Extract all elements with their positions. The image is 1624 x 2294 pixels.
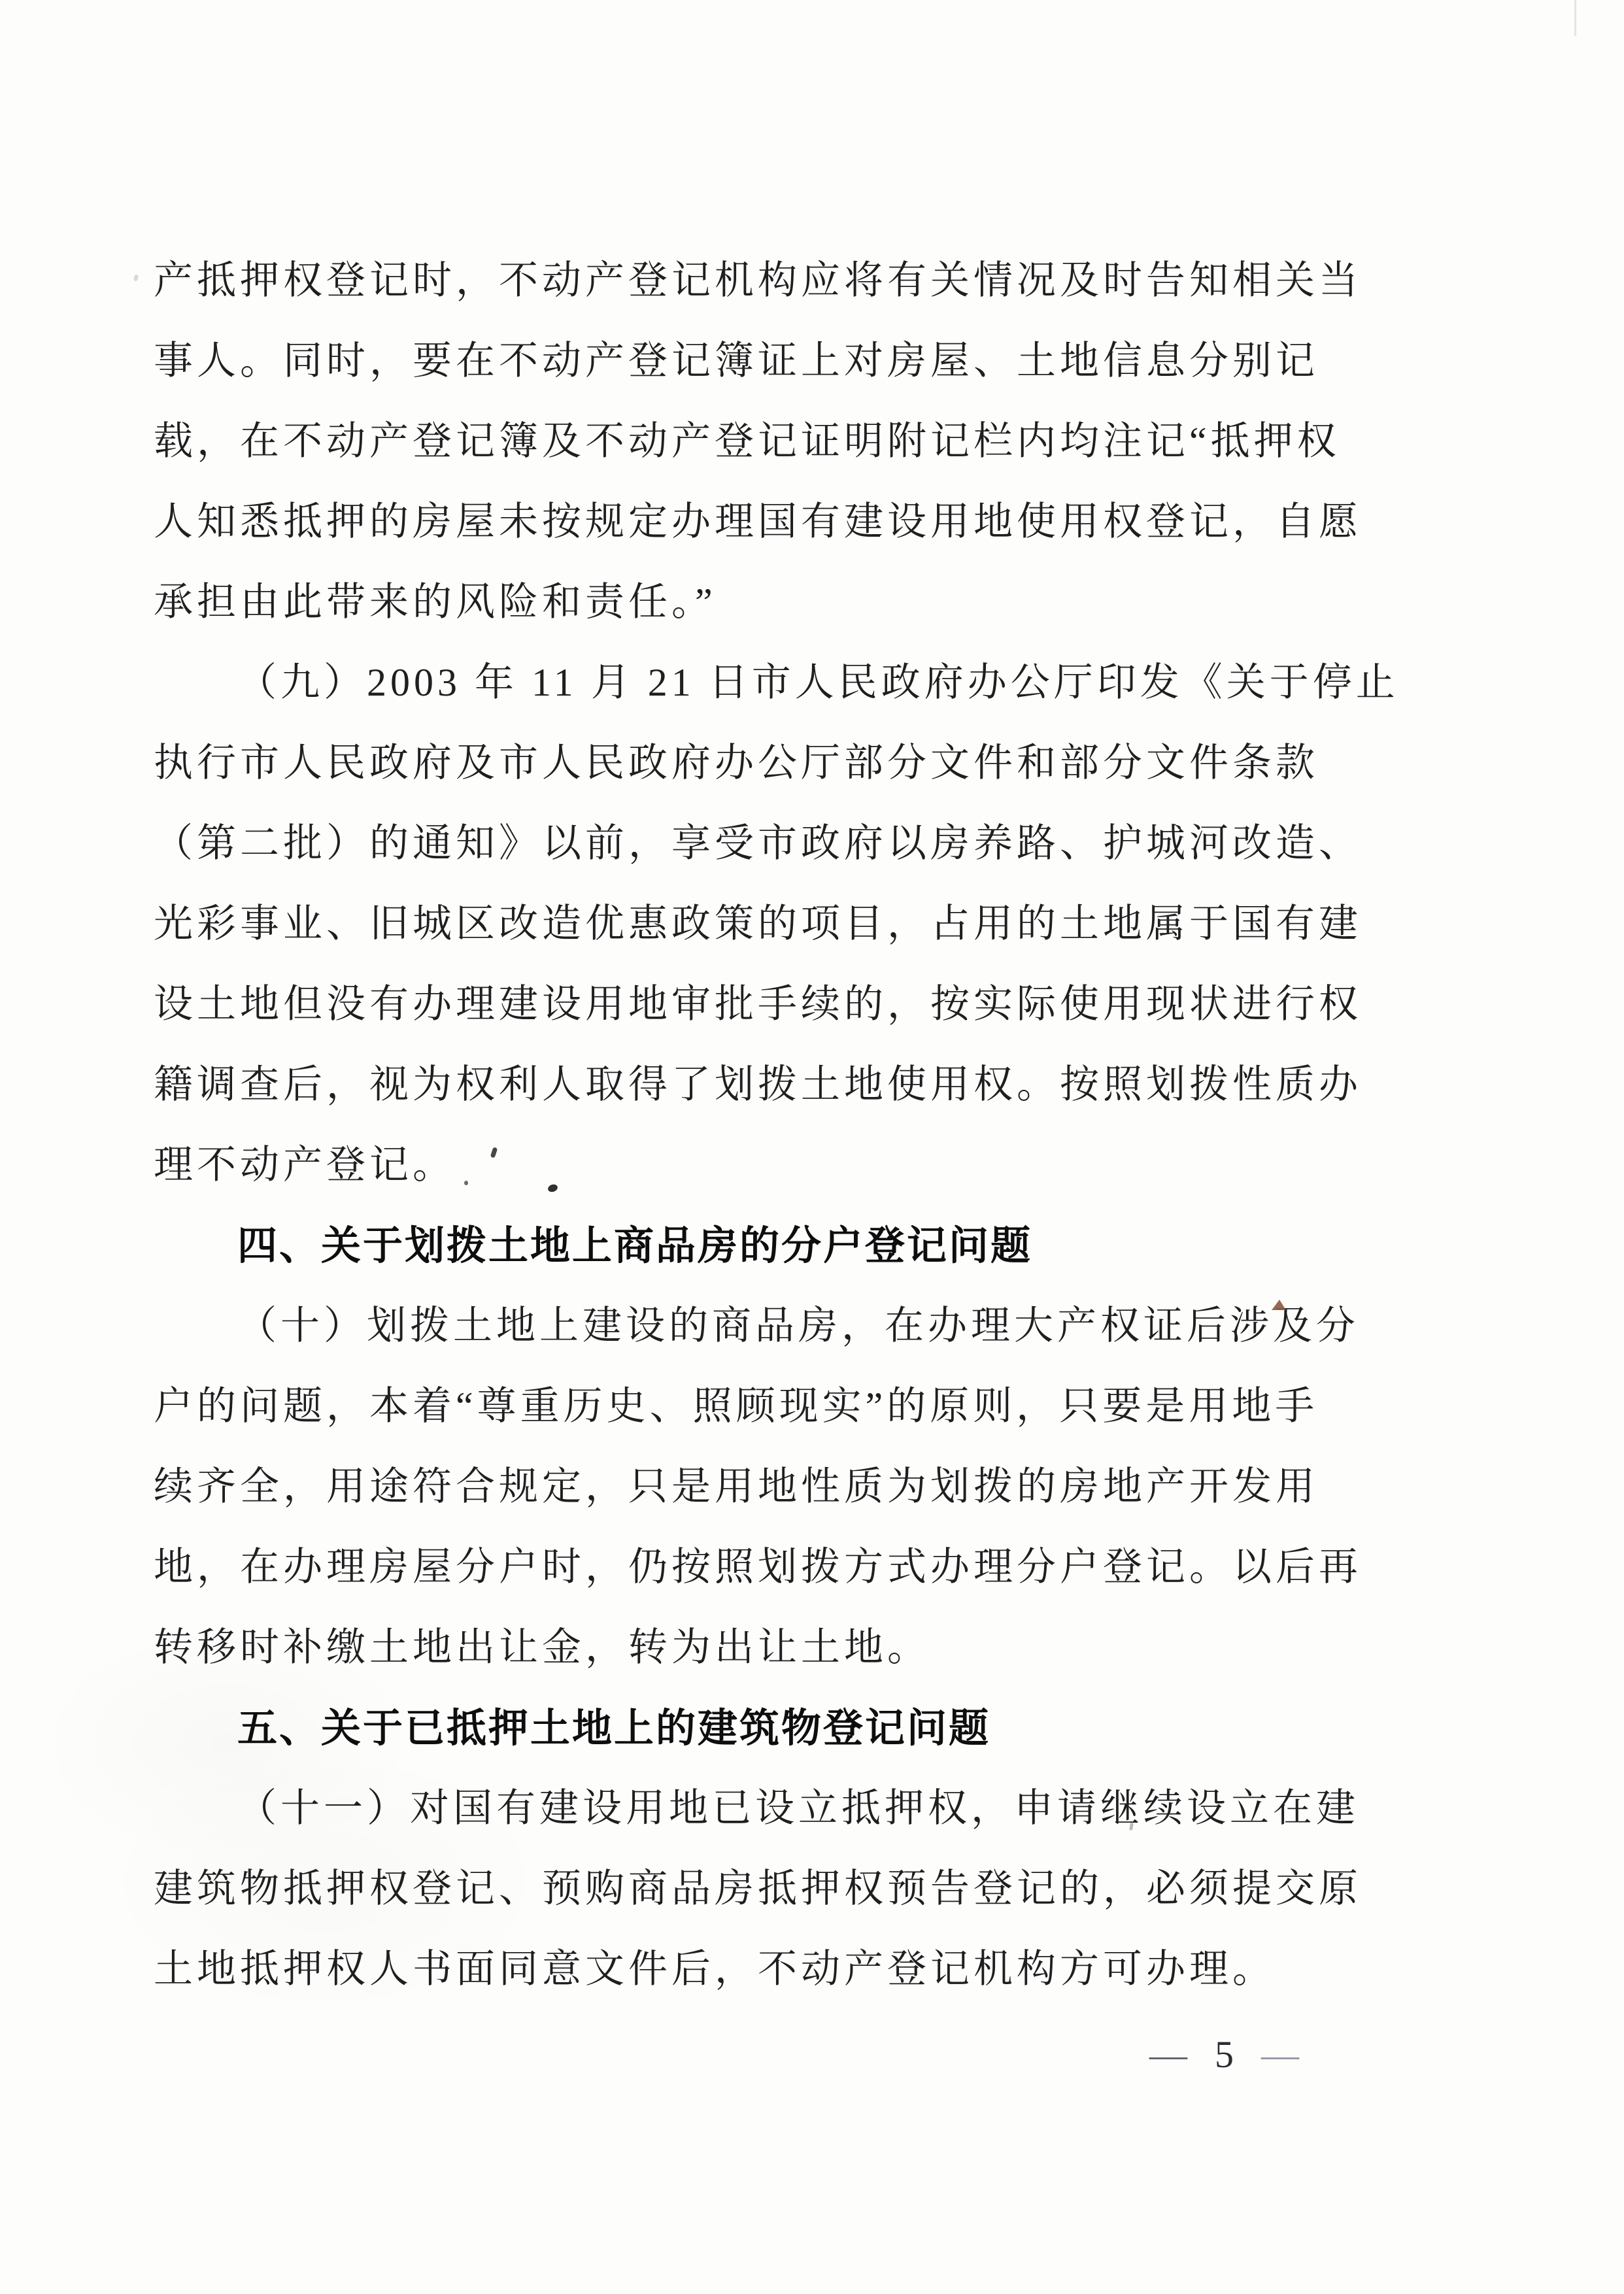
footer-dash-left: — (1149, 2033, 1187, 2076)
scanned-document-page: 产抵押权登记时，不动产登记机构应将有关情况及时告知相关当事人。同时，要在不动产登… (0, 0, 1624, 2294)
text-line: （十一）对国有建设用地已设立抵押权，申请继续设立在建 (154, 1768, 1370, 1849)
text-line: 户的问题，本着“尊重历史、照顾现实”的原则，只要是用地手 (154, 1366, 1370, 1447)
text-line: 事人。同时，要在不动产登记簿证上对房屋、土地信息分别记 (154, 321, 1370, 401)
text-line: 光彩事业、旧城区改造优惠政策的项目，占用的土地属于国有建 (154, 884, 1370, 964)
text-line: 载，在不动产登记簿及不动产登记证明附记栏内均注记“抵押权 (154, 401, 1370, 482)
text-line: 地，在办理房屋分户时，仍按照划拨方式办理分户登记。以后再 (154, 1527, 1370, 1608)
text-line: 转移时补缴土地出让金，转为出让土地。 (154, 1608, 1370, 1688)
scan-edge-artifact (1574, 0, 1576, 36)
text-line: （十）划拨土地上建设的商品房，在办理大产权证后涉及分 (154, 1286, 1370, 1366)
footer-dash-right: — (1261, 2033, 1299, 2076)
section-heading: 四、关于划拨土地上商品房的分户登记问题 (154, 1206, 1370, 1286)
text-line: 人知悉抵押的房屋未按规定办理国有建设用地使用权登记，自愿 (154, 482, 1370, 562)
text-line: 续齐全，用途符合规定，只是用地性质为划拨的房地产开发用 (154, 1447, 1370, 1527)
page-number: 5 (1215, 2033, 1234, 2076)
section-heading: 五、关于已抵押土地上的建筑物登记问题 (154, 1688, 1370, 1768)
document-body: 产抵押权登记时，不动产登记机构应将有关情况及时告知相关当事人。同时，要在不动产登… (154, 241, 1370, 2010)
text-line: 产抵押权登记时，不动产登记机构应将有关情况及时告知相关当 (154, 241, 1370, 321)
text-line: （九）2003 年 11 月 21 日市人民政府办公厅印发《关于停止 (154, 643, 1370, 723)
text-line: 执行市人民政府及市人民政府办公厅部分文件和部分文件条款 (154, 723, 1370, 803)
text-line: 籍调查后，视为权利人取得了划拨土地使用权。按照划拨性质办 (154, 1045, 1370, 1125)
scan-speck-faint-left (133, 274, 139, 281)
text-line: 理不动产登记。 (154, 1125, 1370, 1206)
text-line: 设土地但没有办理建设用地审批手续的，按实际使用现状进行权 (154, 964, 1370, 1045)
text-line: （第二批）的通知》以前，享受市政府以房养路、护城河改造、 (154, 803, 1370, 884)
text-line: 土地抵押权人书面同意文件后，不动产登记机构方可办理。 (154, 1929, 1370, 2010)
text-line: 承担由此带来的风险和责任。” (154, 562, 1370, 643)
text-line: 建筑物抵押权登记、预购商品房抵押权预告登记的，必须提交原 (154, 1849, 1370, 1929)
page-footer: — 5 — (1149, 2033, 1299, 2075)
